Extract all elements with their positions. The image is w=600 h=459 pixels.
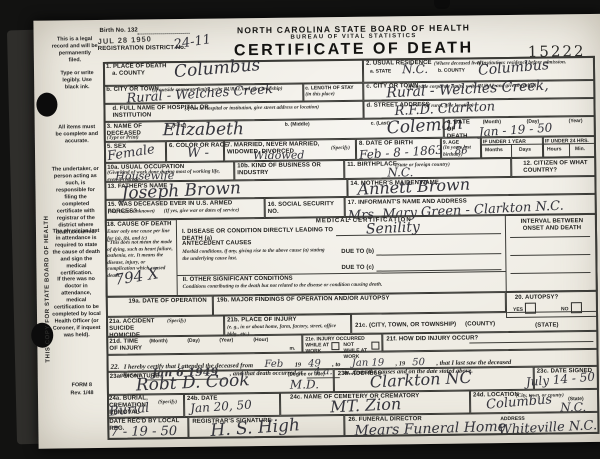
name-note: (Type or Print) xyxy=(107,135,139,142)
punch-hole-top xyxy=(36,93,57,117)
citizen-label: 12. CITIZEN OF WHAT COUNTRY? xyxy=(523,160,593,175)
injury-county-label: (COUNTY) xyxy=(465,321,495,329)
residence-state-value: N.C. xyxy=(402,62,428,76)
antecedent-label: ANTECEDENT CAUSES xyxy=(182,240,251,248)
first-name-value: Elizabeth xyxy=(163,119,244,140)
days-label: Days xyxy=(519,147,531,153)
cemetery-value: MT. Zion xyxy=(330,394,402,416)
margin-note-complete: All items must be complete and accurate. xyxy=(55,124,99,146)
months-label: Months xyxy=(485,147,503,153)
injury-hour-m: m. xyxy=(289,346,295,352)
scan-artifact xyxy=(434,0,450,9)
due-to-b-label: DUE TO (b) xyxy=(341,249,374,257)
armed-forces-note2: (If yes, give war or dates of service) xyxy=(164,207,240,214)
accident-note: (Specify) xyxy=(167,318,186,325)
injury-year-label: (Year) xyxy=(219,337,233,343)
county-label: a. COUNTY xyxy=(112,70,145,78)
injury-month-label: (Month) xyxy=(149,338,167,344)
form-revision: Rev. 1/48 xyxy=(62,390,102,398)
burial-note: (Specify) xyxy=(158,399,177,406)
injury-day-label: (Day) xyxy=(187,338,200,344)
business-label: 10b. KIND OF BUSINESS OR INDUSTRY xyxy=(237,162,337,178)
funeral-address-value: Whiteville N.C. xyxy=(498,418,597,438)
residence-state-label: a. STATE xyxy=(370,68,391,74)
interval-label: INTERVAL BETWEEN ONSET AND DEATH xyxy=(510,218,594,233)
disease-value: Senility xyxy=(366,219,421,238)
margin-note-ink: Type or write legibly. Use black ink. xyxy=(56,70,98,92)
certificate-sheet: THIS COPY FOR STATE BOARD OF HEALTH This… xyxy=(33,14,600,449)
date-received-value: 7 - 19 - 50 xyxy=(110,424,177,440)
dod-year-label: (Year) xyxy=(569,118,583,124)
not-while-at-work-checkbox xyxy=(371,342,379,350)
while-at-work-checkbox xyxy=(331,342,339,350)
injury-city-label: 21c. (CITY, TOWN, OR TOWNSHIP) xyxy=(355,322,456,330)
margin-note-physician: The physician last in attendance is requ… xyxy=(52,228,101,278)
how-injury-label: 21f. HOW DID INJURY OCCUR? xyxy=(386,335,478,343)
birth-no: Birth No. 132 xyxy=(99,28,137,36)
hours-label: Hours xyxy=(547,146,562,152)
middle-name-label: b. (Middle) xyxy=(285,121,310,127)
margin-note-legal: This is a legal record and will be perma… xyxy=(52,36,98,65)
injury-hour-label: (Hour) xyxy=(253,337,268,343)
registration-district-label: REGISTRATION DISTRICT No. xyxy=(98,45,186,53)
armed-forces-note: (Yes, no, or unknown) xyxy=(108,208,155,215)
color-race-value: W - xyxy=(187,146,209,161)
time-of-injury-label: 21d. TIME OF INJURY xyxy=(109,338,145,353)
date-operation-label: 19a. DATE OF OPERATION xyxy=(117,298,207,306)
certify-number: 22. xyxy=(111,363,120,371)
autopsy-label: 20. AUTOPSY? xyxy=(515,294,559,302)
margin-vertical-text: THIS COPY FOR STATE BOARD OF HEALTH xyxy=(44,215,52,362)
funeral-director-value: Mears Funeral Home xyxy=(354,419,506,439)
margin-note-nodoctor: If there was no doctor in attendance, me… xyxy=(52,276,102,340)
marital-note: (Specify) xyxy=(331,145,350,152)
min-label: Min. xyxy=(575,146,585,152)
age-value: 86 xyxy=(455,145,468,156)
injury-state-label: (STATE) xyxy=(535,322,559,329)
due-to-c-label: DUE TO (c) xyxy=(341,265,374,273)
degree-value: M.D. xyxy=(290,377,319,391)
residence-county-label: b. COUNTY xyxy=(438,68,465,74)
length-of-stay-note: (in this place) xyxy=(305,91,334,98)
margin-note-undertaker: The undertaker, or person acting as such… xyxy=(51,166,100,237)
ssn-label: 16. SOCIAL SECURITY NO. xyxy=(268,201,340,216)
date-received-stamp: JUL 28 1950 xyxy=(97,34,152,46)
antecedent-note: Morbid conditions, if any, giving rise t… xyxy=(182,247,332,262)
form-number: FORM 8 xyxy=(62,382,102,390)
